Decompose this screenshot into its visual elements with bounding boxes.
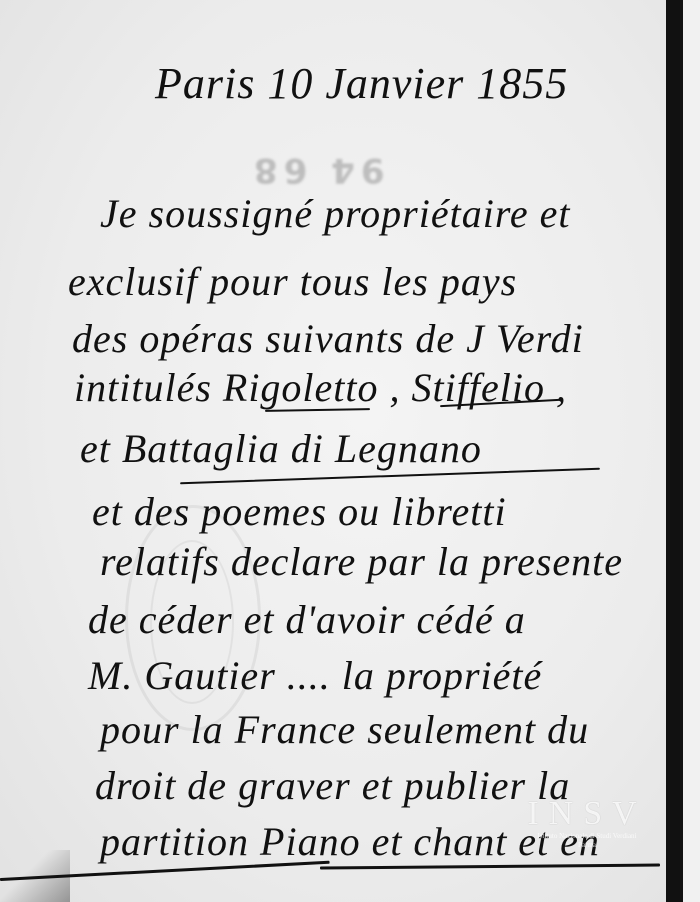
- letter-line-5: et Battaglia di Legnano: [80, 425, 482, 472]
- letter-line-7: relatifs declare par la presente: [100, 538, 623, 585]
- letter-line-1: Je soussigné propriétaire et: [100, 190, 571, 237]
- showthrough-stamp-number: 94 68: [248, 150, 384, 190]
- watermark-logo: INSV: [512, 796, 662, 832]
- date-line: Paris 10 Janvier 1855: [155, 58, 568, 109]
- letter-line-3: des opéras suivants de J Verdi: [72, 315, 584, 362]
- page-edge-shadow: [666, 0, 683, 902]
- watermark-city: Parma: [512, 841, 662, 850]
- page-margin: [683, 0, 700, 902]
- insv-watermark: INSV Istituto Nazionale di Studi Verdian…: [512, 796, 662, 856]
- letter-line-8: de céder et d'avoir cédé a: [88, 596, 526, 643]
- letter-line-9: M. Gautier .... la propriété: [88, 652, 542, 699]
- letter-line-6: et des poemes ou libretti: [92, 488, 507, 535]
- letter-line-2: exclusif pour tous les pays: [68, 258, 517, 305]
- letter-line-11: droit de graver et publier la: [95, 762, 570, 809]
- letter-line-10: pour la France seulement du: [100, 706, 589, 753]
- watermark-subtitle: Istituto Nazionale di Studi Verdiani: [512, 832, 662, 841]
